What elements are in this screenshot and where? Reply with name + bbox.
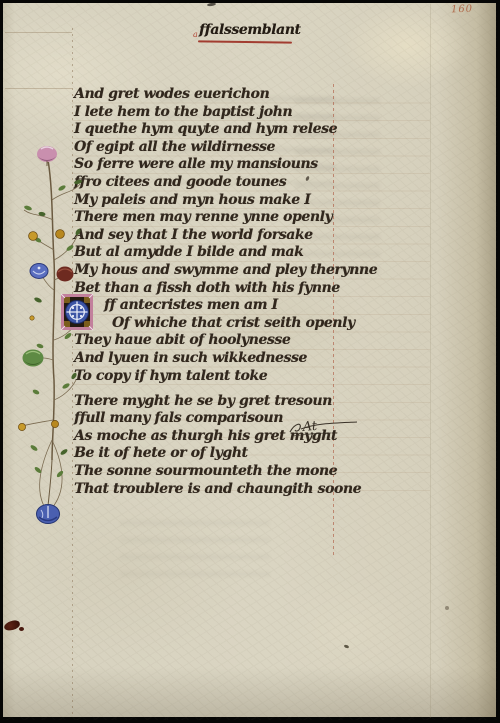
poem-line: The sonne sourmounteth the mone	[74, 463, 354, 481]
poem-line: And gret wodes euerichon	[74, 86, 354, 104]
floral-border-decoration	[8, 140, 90, 540]
header-ruling-line	[5, 88, 72, 89]
poem-line: That troublere is and chaungith soone	[74, 481, 354, 499]
green-flower	[23, 350, 44, 367]
poem-line: So ferre were alle my mansiouns	[74, 156, 354, 174]
poem-line: I quethe hym quyte and hym relese	[74, 121, 354, 139]
top-ruling-line	[5, 32, 72, 33]
speck	[445, 606, 449, 610]
running-title: ffalssemblant	[199, 22, 301, 38]
vine-stem	[48, 160, 54, 460]
vine-stem-tail	[48, 460, 52, 506]
poem-line: My paleis and myn hous make I	[74, 192, 354, 210]
far-right-ruling-line	[430, 4, 431, 718]
poem-line: And sey that I the world forsake	[74, 227, 354, 245]
poem-line: Of egipt all the wildirnesse	[74, 139, 354, 157]
poem-line: ff antecristes men am I	[74, 297, 354, 315]
poem-line: There myght he se by gret tresoun	[74, 393, 354, 411]
blue-flower	[30, 264, 48, 279]
maroon-flower	[57, 267, 74, 282]
poem-line: And lyuen in such wikkednesse	[74, 350, 354, 368]
gold-ball-flowers	[29, 230, 65, 241]
blue-bell-flower	[37, 505, 60, 524]
poem-line: My hous and swymme and pley therynne	[74, 262, 354, 280]
margin-note-text: At	[301, 419, 318, 435]
margin-note: At	[287, 414, 361, 440]
poem-line: Bet than a fissh doth with his fynne	[74, 280, 354, 298]
poem-line: Of whiche that crist seith openly	[74, 315, 354, 333]
rubric-mark: a	[193, 30, 198, 39]
poem-line: They haue abit of hoolynesse	[74, 332, 354, 350]
poem-line: ffro citees and goode tounes	[74, 174, 354, 192]
manuscript-photo: 160 a ffalssemblant And gret wodes eueri…	[0, 0, 500, 723]
pink-flower	[37, 146, 57, 166]
folio-number: 160	[451, 4, 473, 16]
poem-line: Be it of hete or of lyght	[74, 445, 354, 463]
poem-line: But al amydde I bilde and mak	[74, 244, 354, 262]
poem-line: I lete hem to the baptist john	[74, 104, 354, 122]
poem-line: There men may renne ynne openly	[74, 209, 354, 227]
poem-line: To copy if hym talent toke	[74, 368, 354, 386]
illuminated-initial-O	[60, 293, 94, 331]
ink-stain	[19, 627, 24, 631]
